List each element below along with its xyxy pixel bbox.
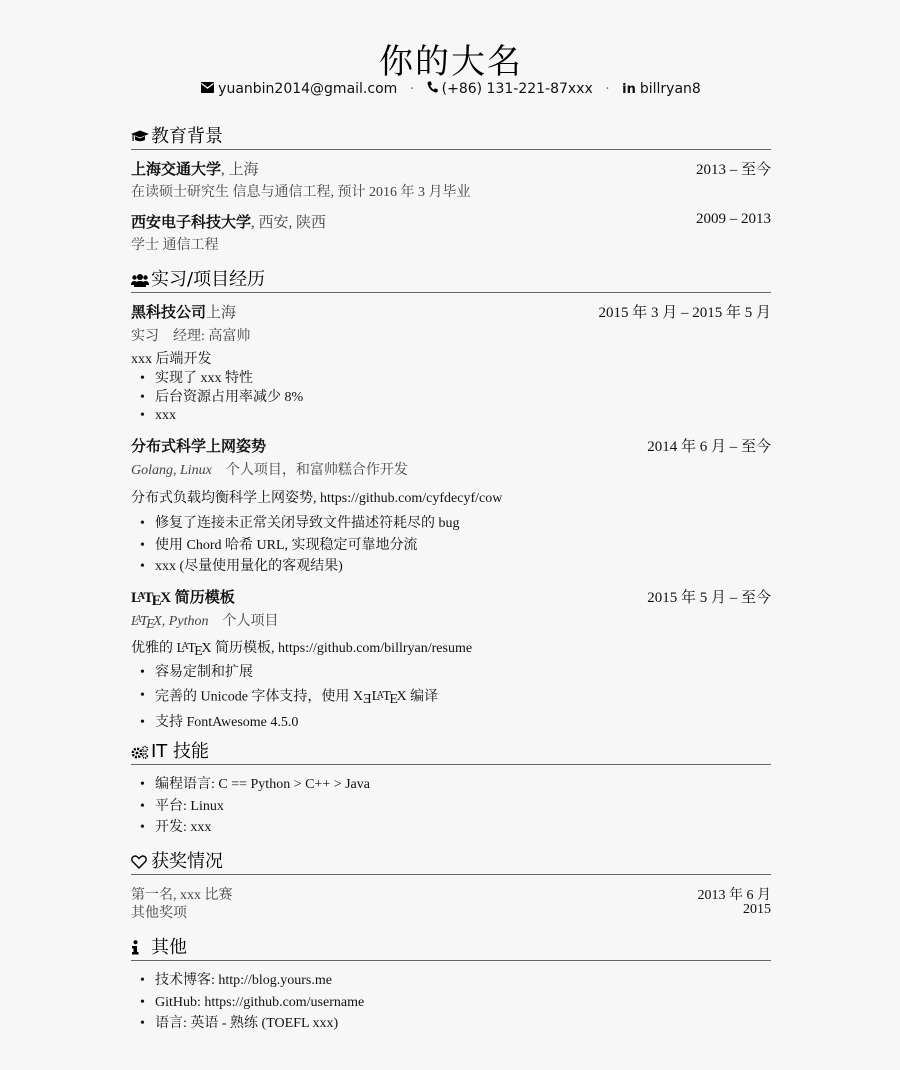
resume-name: 你的大名 [131,34,771,83]
list-item: 修复了连接未正常关闭导致文件描述符耗尽的 bug [131,513,771,535]
list-item: 实现了 xxx 特性 [131,370,771,389]
list-item: 开发: xxx [131,817,771,839]
experience-summary: 优雅的 LATEX 简历模板, https://github.com/billr… [131,637,771,660]
project-name: 分布式科学上网姿势 [131,437,266,455]
school-name: 西安电子科技大学 [131,213,251,231]
experience-bullets: 修复了连接未正常关闭导致文件描述符耗尽的 bug 使用 Chord 哈希 URL… [131,513,771,578]
envelope-icon [201,81,214,97]
experience-role: LATEX, Python个人项目 [131,610,771,633]
experience-role: Golang, Linux个人项目，和富帅糕合作开发 [131,459,771,479]
award-item: 第一名, xxx 比赛 2013 年 6 月 [131,884,771,904]
award-item: 其他奖项 2015 [131,902,771,922]
latex-logo: LATEX [177,641,212,656]
list-item: 支持 FontAwesome 4.5.0 [131,712,771,735]
company-name: 黑科技公司 [131,303,206,321]
section-awards-title: 获奖情况 [131,847,771,875]
school-location: , 西安, 陕西 [251,215,326,231]
award-name: 其他奖项 [131,906,187,921]
education-date: 2009 – 2013 [696,211,771,228]
award-date: 2013 年 6 月 [698,884,772,904]
section-experience-title: 实习/项目经历 [131,265,771,293]
company-location: 上海 [206,305,236,321]
list-item: 后台资源占用率减少 8% [131,389,771,408]
graduation-cap-icon [131,128,151,149]
list-item: 完善的 Unicode 字体支持，使用 XELATEX 编译 [131,685,771,712]
education-date: 2013 – 至今 [696,158,771,179]
experience-date: 2015 年 5 月 – 至今 [647,586,771,607]
school-name: 上海交通大学 [131,160,221,178]
separator-dot: · [605,81,609,97]
linkedin-icon: in [622,82,636,97]
list-item: GitHub: https://github.com/username [131,992,771,1014]
skills-list: 编程语言: C == Python > C++ > Java 平台: Linux… [131,774,771,839]
experience-item: 分布式科学上网姿势 2014 年 6 月 – 至今 [131,435,771,456]
experience-summary: xxx 后端开发 [131,348,771,368]
other-list: 技术博客: http://blog.yours.me GitHub: https… [131,970,771,1035]
phone-number[interactable]: (+86) 131-221-87xxx [442,81,593,97]
list-item: 平台: Linux [131,796,771,818]
contact-line: yuanbin2014@gmail.com · (+86) 131-221-87… [131,81,771,97]
list-item: xxx [131,407,771,426]
award-name: 第一名, xxx 比赛 [131,888,233,903]
cogs-icon [131,743,151,764]
education-item: 西安电子科技大学, 西安, 陕西 2009 – 2013 [131,211,771,232]
section-skills-title: IT 技能 [131,737,771,765]
experience-item: LATEX 简历模板 2015 年 5 月 – 至今 [131,586,771,610]
list-item: 技术博客: http://blog.yours.me [131,970,771,992]
section-other-title: 其他 [131,933,771,961]
education-item: 上海交通大学, 上海 2013 – 至今 [131,158,771,179]
education-detail: 在读硕士研究生 信息与通信工程, 预计 2016 年 3 月毕业 [131,181,771,201]
info-icon [131,939,151,960]
separator-dot: · [410,81,414,97]
section-education-title: 教育背景 [131,122,771,150]
experience-item: 黑科技公司上海 2015 年 3 月 – 2015 年 5 月 [131,301,771,322]
latex-logo: LATEX [131,590,171,606]
users-icon [131,271,151,292]
experience-date: 2014 年 6 月 – 至今 [647,435,771,456]
experience-bullets: 实现了 xxx 特性 后台资源占用率减少 8% xxx [131,370,771,426]
xelatex-logo: XELATEX [353,689,407,704]
email-link[interactable]: yuanbin2014@gmail.com [218,81,397,97]
experience-role: 实习经理: 高富帅 [131,325,771,345]
list-item: 编程语言: C == Python > C++ > Java [131,774,771,796]
list-item: 语言: 英语 - 熟练 (TOEFL xxx) [131,1013,771,1035]
project-name: 简历模板 [175,588,235,606]
list-item: 容易定制和扩展 [131,662,771,685]
latex-logo: LATEX [131,614,162,629]
list-item: 使用 Chord 哈希 URL, 实现稳定可靠地分流 [131,535,771,557]
experience-summary: 分布式负载均衡科学上网姿势, https://github.com/cyfdec… [131,487,771,507]
school-location: , 上海 [221,162,259,178]
linkedin-link[interactable]: billryan8 [640,81,701,97]
education-detail: 学士 通信工程 [131,234,771,254]
phone-icon [427,81,438,97]
award-date: 2015 [743,902,771,918]
list-item: xxx (尽量使用量化的客观结果) [131,556,771,578]
experience-date: 2015 年 3 月 – 2015 年 5 月 [598,301,771,322]
heart-outline-icon [131,853,151,874]
experience-bullets: 容易定制和扩展 完善的 Unicode 字体支持，使用 XELATEX 编译 支… [131,662,771,734]
